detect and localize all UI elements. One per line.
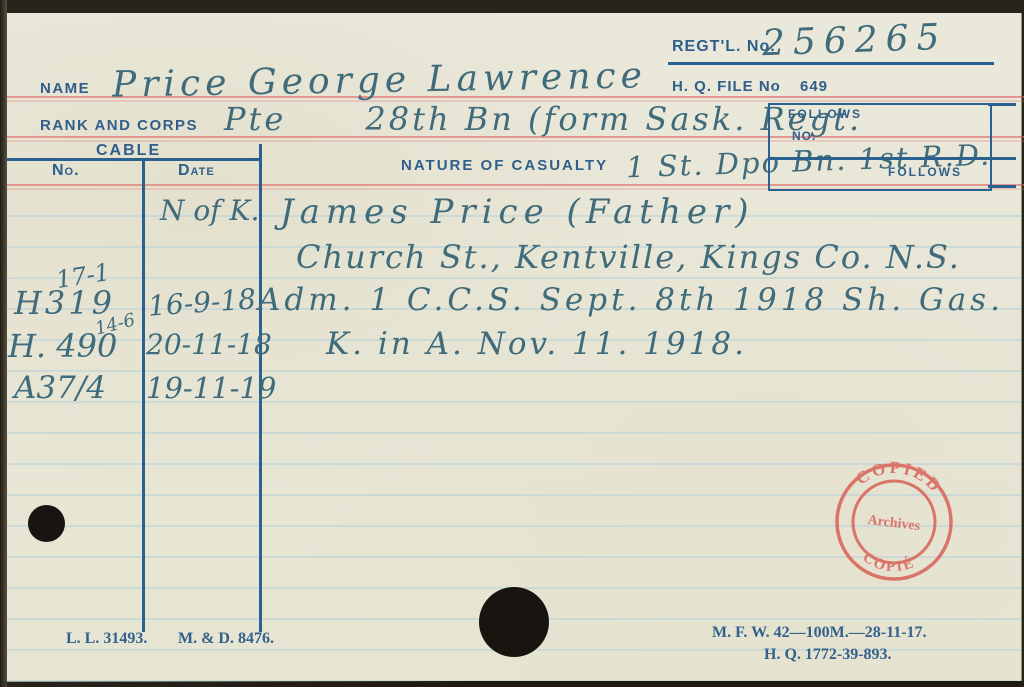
hole-punch-left — [28, 505, 65, 542]
follows-box-top-label: FOLLOWS — [788, 107, 862, 121]
footer-ref-ll: L. L. 31493. — [66, 630, 147, 648]
stamp-center-text: Archives — [867, 513, 922, 534]
scan-edge-bottom — [0, 681, 1024, 687]
footer-ref-hq: H. Q. 1772-39-893. — [764, 646, 892, 664]
note-address: Church St., Kentville, Kings Co. N.S. — [296, 238, 961, 276]
cable-column-divider — [142, 160, 145, 632]
hole-punch-center — [479, 587, 549, 657]
cable-col-no: No. — [52, 162, 80, 180]
nature-of-casualty-label: NATURE OF CASUALTY — [401, 157, 608, 174]
footer-ref-md: M. & D. 8476. — [178, 630, 274, 648]
name-label: NAME — [40, 80, 90, 97]
next-of-kin-abbrev: N of K. — [160, 194, 259, 227]
regtl-no-value: 256265 — [761, 17, 948, 64]
note-admitted: Adm. 1 C.C.S. Sept. 8th 1918 Sh. Gas. — [258, 282, 1004, 318]
cable-header-rule — [7, 158, 261, 161]
follows-box-middle-rule — [768, 157, 1016, 160]
cable-row-date: 20-11-18 — [146, 328, 272, 361]
rank-and-corps-label: RANK AND CORPS — [40, 117, 198, 134]
cable-row-no: H. 490 — [8, 327, 117, 365]
copied-archives-stamp: COPIED COPIÉ Archives — [824, 452, 964, 592]
hq-file-label: H. Q. FILE No — [672, 78, 781, 95]
note-killed-in-action: K. in A. Nov. 11. 1918. — [326, 326, 747, 362]
cable-row-no: A37/4 — [14, 370, 106, 406]
regtl-no-underline — [668, 62, 994, 65]
follows-box-bottom-extension — [988, 185, 1016, 188]
follows-box-no-label: NO. — [792, 129, 816, 143]
footer-ref-mfw: M. F. W. 42—100M.—28-11-17. — [712, 624, 927, 642]
scan-edge-left — [0, 0, 7, 687]
follows-box-bottom-label: FOLLOWS — [888, 165, 962, 179]
regtl-no-label: REGT'L. No. — [672, 38, 776, 56]
cable-row-date: 19-11-19 — [146, 371, 276, 405]
note-next-of-kin: James Price (Father) — [280, 192, 755, 232]
cable-col-date: Date — [178, 162, 215, 180]
hq-file-value: 649 — [800, 78, 828, 95]
follows-box-top-extension — [988, 103, 1016, 106]
casualty-record-card: REGT'L. No. 256265 H. Q. FILE No 649 NAM… — [0, 0, 1024, 687]
rank-and-corps-value: Pte 28th Bn (form Sask. Regt. — [224, 100, 862, 138]
scan-edge-top — [0, 0, 1024, 13]
